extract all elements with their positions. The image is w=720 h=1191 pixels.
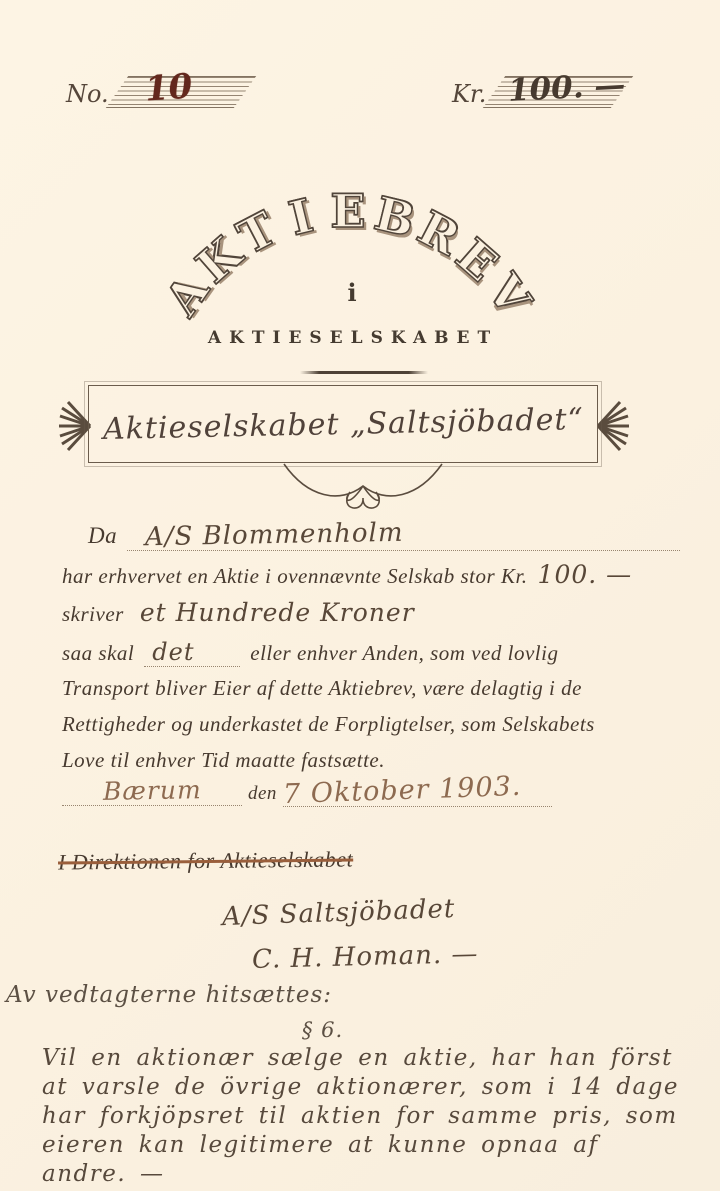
bylaws-section-handwritten: § 6. <box>302 1018 343 1042</box>
printed-transport-line: Transport bliver Eier af dette Aktiebrev… <box>62 676 582 701</box>
date-handwritten: 7 Oktober 1903. <box>282 771 521 810</box>
printed-rettigheder-line: Rettigheder og underkastet de Forpligtel… <box>62 712 595 737</box>
printed-acquired-text: har erhvervet en Aktie i ovennævnte Sels… <box>62 564 528 589</box>
amount-words-handwritten: et Hundrede Kroner <box>140 598 415 627</box>
handwritten-line: eieren kan legitimere at kunne opnaa af <box>42 1131 702 1160</box>
handwritten-line: at varsle de övrige aktionærer, som i 14… <box>42 1073 702 1102</box>
place-handwritten: Bærum <box>102 775 201 806</box>
arched-title-letter: T <box>220 196 295 270</box>
body-line-3: skriver et Hundrede Kroner <box>62 598 415 627</box>
printed-eller-enhver: eller enhver Anden, som ved lovlig <box>250 641 558 666</box>
company-name-box: Aktieselskabet „Saltsjöbadet“ <box>88 385 598 463</box>
currency-value-handwritten: 100. — <box>508 67 627 109</box>
arched-title-letter: B <box>361 184 428 250</box>
title-connector-i: i <box>330 278 374 307</box>
arched-title-letter: R <box>401 196 476 270</box>
signature-name-handwritten: C. H. Homan. — <box>252 939 479 975</box>
number-label: No. <box>66 80 109 108</box>
printed-saa-skal: saa skal <box>62 641 134 666</box>
ribbon-flourish-icon <box>278 458 448 510</box>
body-line-5: Transport bliver Eier af dette Aktiebrev… <box>62 676 582 701</box>
signature-company-handwritten: A/S Saltsjöbadet <box>222 894 456 932</box>
body-line-2: har erhvervet en Aktie i ovennævnte Sels… <box>62 560 632 589</box>
det-handwritten: det <box>152 638 194 666</box>
printed-da: Da <box>88 523 117 549</box>
buyer-name-handwritten: A/S Blommenholm <box>145 518 404 553</box>
handwritten-line: andre. — <box>42 1160 702 1189</box>
handwritten-line: har forkjöpsret til aktien for samme pri… <box>42 1102 702 1131</box>
share-certificate-page: No. 10 Kr. 100. — AKTIEBREV i AKTIESELSK… <box>0 0 720 1191</box>
arched-title-letter: E <box>320 184 376 238</box>
handwritten-line: Vil en aktionær sælge en aktie, har han … <box>42 1044 702 1073</box>
arched-title-letter: A <box>149 256 225 333</box>
currency-label: Kr. <box>452 80 486 108</box>
body-line-4: saa skal det eller enhver Anden, som ved… <box>62 638 680 667</box>
body-line-7: Love til enhver Tid maatte fastsætte. <box>62 748 385 773</box>
body-line-1: Da A/S Blommenholm <box>88 520 680 551</box>
number-value-handwritten: 10 <box>143 66 193 109</box>
bylaws-intro-handwritten: Av vedtagterne hitsættes: <box>6 982 332 1008</box>
certificate-number-field: No. 10 <box>66 76 245 108</box>
currency-hatch-field: 100. — <box>494 76 622 108</box>
title-aktieselskabet: AKTIESELSKABET <box>0 328 706 348</box>
amount-handwritten: 100. — <box>538 560 633 589</box>
arched-title-letter: K <box>180 221 258 299</box>
arched-title-letter: V <box>470 256 546 333</box>
arched-title-aktiebrev: AKTIEBREV <box>0 0 720 420</box>
ornamental-rule <box>300 371 428 374</box>
printed-skriver: skriver <box>62 602 124 627</box>
arched-title-letter: I <box>268 184 335 250</box>
body-line-6: Rettigheder og underkastet de Forpligtel… <box>62 712 595 737</box>
number-hatch-field: 10 <box>117 76 245 108</box>
bylaws-paragraph-handwritten: Vil en aktionær sælge en aktie, har han … <box>42 1044 702 1189</box>
date-line: Bærum den 7 Oktober 1903. <box>62 775 552 807</box>
arched-title-letter: E <box>438 221 516 299</box>
printed-love-line: Love til enhver Tid maatte fastsætte. <box>62 748 385 773</box>
printed-den: den <box>248 783 277 805</box>
fan-burst-icon <box>596 398 630 454</box>
fan-burst-icon <box>58 398 92 454</box>
share-value-field: Kr. 100. — <box>452 76 622 108</box>
struck-direction-line: I Direktionen for Aktieselskabet <box>58 846 353 875</box>
company-name-handwritten: Aktieselskabet „Saltsjöbadet“ <box>102 401 583 446</box>
